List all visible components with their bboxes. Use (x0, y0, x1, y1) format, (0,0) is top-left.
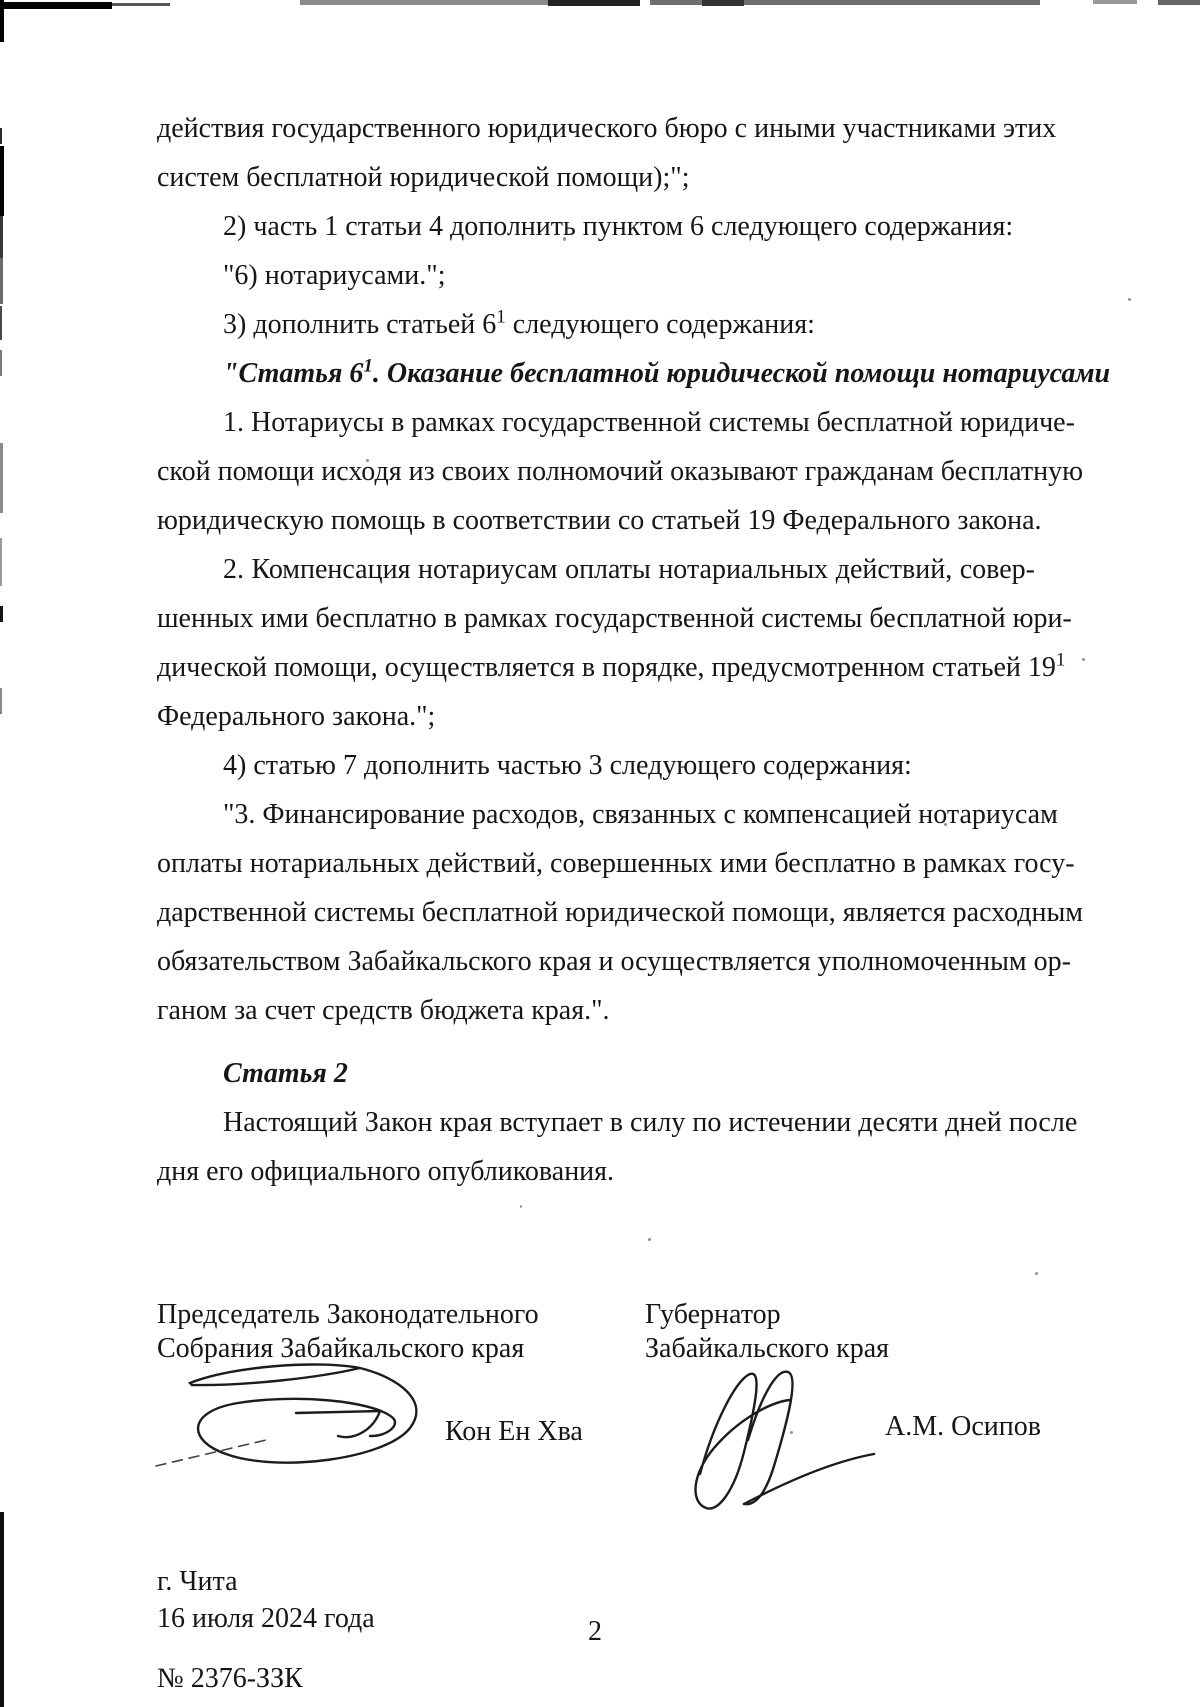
text-line: 4) статью 7 дополнить частью 3 следующег… (157, 741, 1035, 790)
scan-artifact (1158, 0, 1200, 5)
scan-artifact (0, 443, 3, 513)
governor-title-line1: Губернатор (645, 1298, 889, 1332)
governor-title-line2: Забайкальского края (645, 1332, 889, 1366)
scan-artifact (0, 216, 3, 258)
scan-artifact (0, 606, 3, 622)
footer-date: 16 июля 2024 года (157, 1603, 375, 1635)
chairman-signature-image (148, 1356, 448, 1481)
text-line: "6) нотариусами."; (157, 251, 1035, 300)
chairman-name: Кон Ен Хва (445, 1416, 583, 1448)
text-line: действия государственного юридического б… (157, 104, 1035, 153)
scan-speck (1035, 1272, 1038, 1275)
scan-artifact (0, 350, 2, 376)
scan-artifact (0, 128, 2, 144)
scan-artifact (0, 1512, 4, 1707)
text-line: дической помощи, осуществляется в порядк… (157, 643, 1035, 692)
scan-artifact (0, 146, 4, 216)
governor-name: А.М. Осипов (885, 1411, 1041, 1443)
article-heading: Статья 2 (157, 1049, 1035, 1098)
scan-artifact (702, 0, 744, 6)
scan-artifact (300, 0, 548, 5)
scan-artifact (0, 538, 2, 586)
document-body: действия государственного юридического б… (157, 104, 1035, 1196)
article-heading: "Статья 61. Оказание бесплатной юридичес… (157, 349, 1035, 398)
text-line: дарственной системы бесплатной юридическ… (157, 888, 1035, 937)
scan-artifact (1093, 0, 1137, 4)
document-page: действия государственного юридического б… (0, 0, 1200, 1707)
scan-artifact (0, 2, 112, 9)
text-line: юридическую помощь в соответствии со ста… (157, 496, 1035, 545)
text-line: оплаты нотариальных действий, совершенны… (157, 839, 1035, 888)
text-line: 2) часть 1 статьи 4 дополнить пунктом 6 … (157, 202, 1035, 251)
governor-title: Губернатор Забайкальского края (645, 1298, 889, 1366)
text-line: дня его официального опубликования. (157, 1147, 1035, 1196)
chairman-title-line1: Председатель Законодательного (157, 1298, 539, 1332)
text-line: 1. Нотариусы в рамках государственной си… (157, 398, 1035, 447)
text-line: 2. Компенсация нотариусам оплаты нотариа… (157, 545, 1035, 594)
text-line: Федерального закона."; (157, 692, 1035, 741)
scan-artifact (0, 688, 2, 714)
scan-speck (0, 712, 2, 714)
scan-speck (1082, 658, 1085, 661)
text-line: Настоящий Закон края вступает в силу по … (157, 1098, 1035, 1147)
scan-artifact (112, 3, 170, 6)
text-line: 3) дополнить статьей 61 следующего содер… (157, 300, 1035, 349)
scan-speck (648, 1238, 651, 1241)
text-line: обязательством Забайкальского края и осу… (157, 937, 1035, 986)
text-line: шенных ими бесплатно в рамках государств… (157, 594, 1035, 643)
scan-speck (520, 1205, 522, 1208)
text-line: систем бесплатной юридической помощи);"; (157, 153, 1035, 202)
text-line: ской помощи исходя из своих полномочий о… (157, 447, 1035, 496)
text-line: ганом за счет средств бюджета края.". (157, 986, 1035, 1035)
page-number: 2 (588, 1616, 602, 1648)
governor-signature-image (662, 1362, 892, 1512)
scan-artifact (548, 0, 640, 6)
scan-artifact (0, 258, 3, 304)
document-number: № 2376-ЗЗК (157, 1663, 303, 1695)
text-line: "3. Финансирование расходов, связанных с… (157, 790, 1035, 839)
footer-city: г. Чита (157, 1566, 238, 1598)
scan-artifact (0, 306, 2, 340)
scan-speck (1128, 298, 1131, 301)
